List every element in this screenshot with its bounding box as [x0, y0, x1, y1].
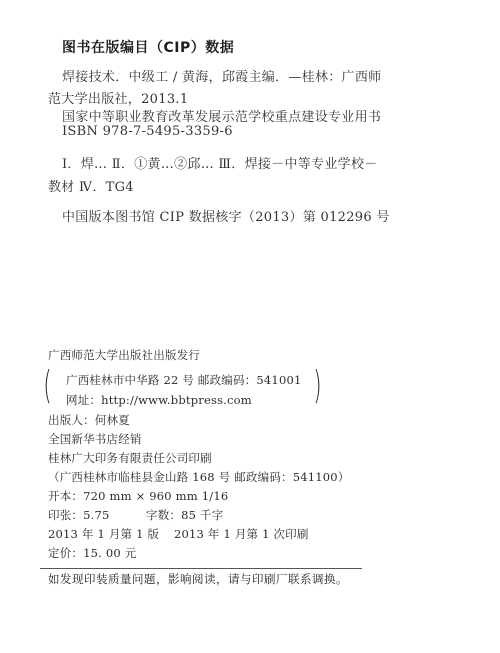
publisher: 广西师范大学出版社出版发行 [48, 347, 200, 363]
open-parenthesis: ( [43, 366, 51, 404]
printer-address: （广西桂林市临桂县金山路 168 号 邮政编码：541100） [48, 469, 350, 485]
distributor: 全国新华书店经销 [48, 431, 142, 447]
cip-subject-line-2: 教材 Ⅳ．TG4 [48, 176, 134, 195]
publisher-address: 广西桂林市中华路 22 号 邮政编码：541001 [66, 372, 302, 388]
cip-number: 中国版本图书馆 CIP 数据核字（2013）第 012296 号 [62, 206, 390, 225]
publisher-website: 网址：http://www.bbtpress.com [66, 392, 252, 408]
word-count: 字数：85 千字 [146, 507, 223, 523]
publisher-person: 出版人：何林夏 [48, 412, 130, 428]
printed-sheets: 印张：5.75 [48, 507, 110, 523]
printing: 2013 年 1 月第 1 次印刷 [174, 526, 309, 542]
book-format: 开本：720 mm × 960 mm 1/16 [48, 488, 228, 504]
close-parenthesis: ) [313, 366, 321, 404]
cip-title: 图书在版编目（CIP）数据 [62, 37, 234, 57]
cip-entry-line-2: 范大学出版社，2013.1 [48, 88, 188, 107]
price: 定价：15. 00 元 [48, 545, 136, 561]
cip-series: 国家中等职业教育改革发展示范学校重点建设专业用书 [62, 106, 381, 125]
divider-rule [40, 568, 362, 569]
edition: 2013 年 1 月第 1 版 [48, 526, 159, 542]
printer: 桂林广大印务有限责任公司印刷 [48, 450, 212, 466]
quality-notice: 如发现印装质量问题，影响阅读，请与印刷厂联系调换。 [48, 571, 348, 587]
cip-entry-line-1: 焊接技术．中级工 / 黄海，邱霞主编．—桂林：广西师 [62, 66, 381, 85]
cip-isbn: ISBN 978-7-5495-3359-6 [62, 124, 233, 139]
cip-subject-line-1: Ⅰ．焊… Ⅱ．①黄…②邱… Ⅲ．焊接－中等专业学校－ [62, 153, 378, 172]
